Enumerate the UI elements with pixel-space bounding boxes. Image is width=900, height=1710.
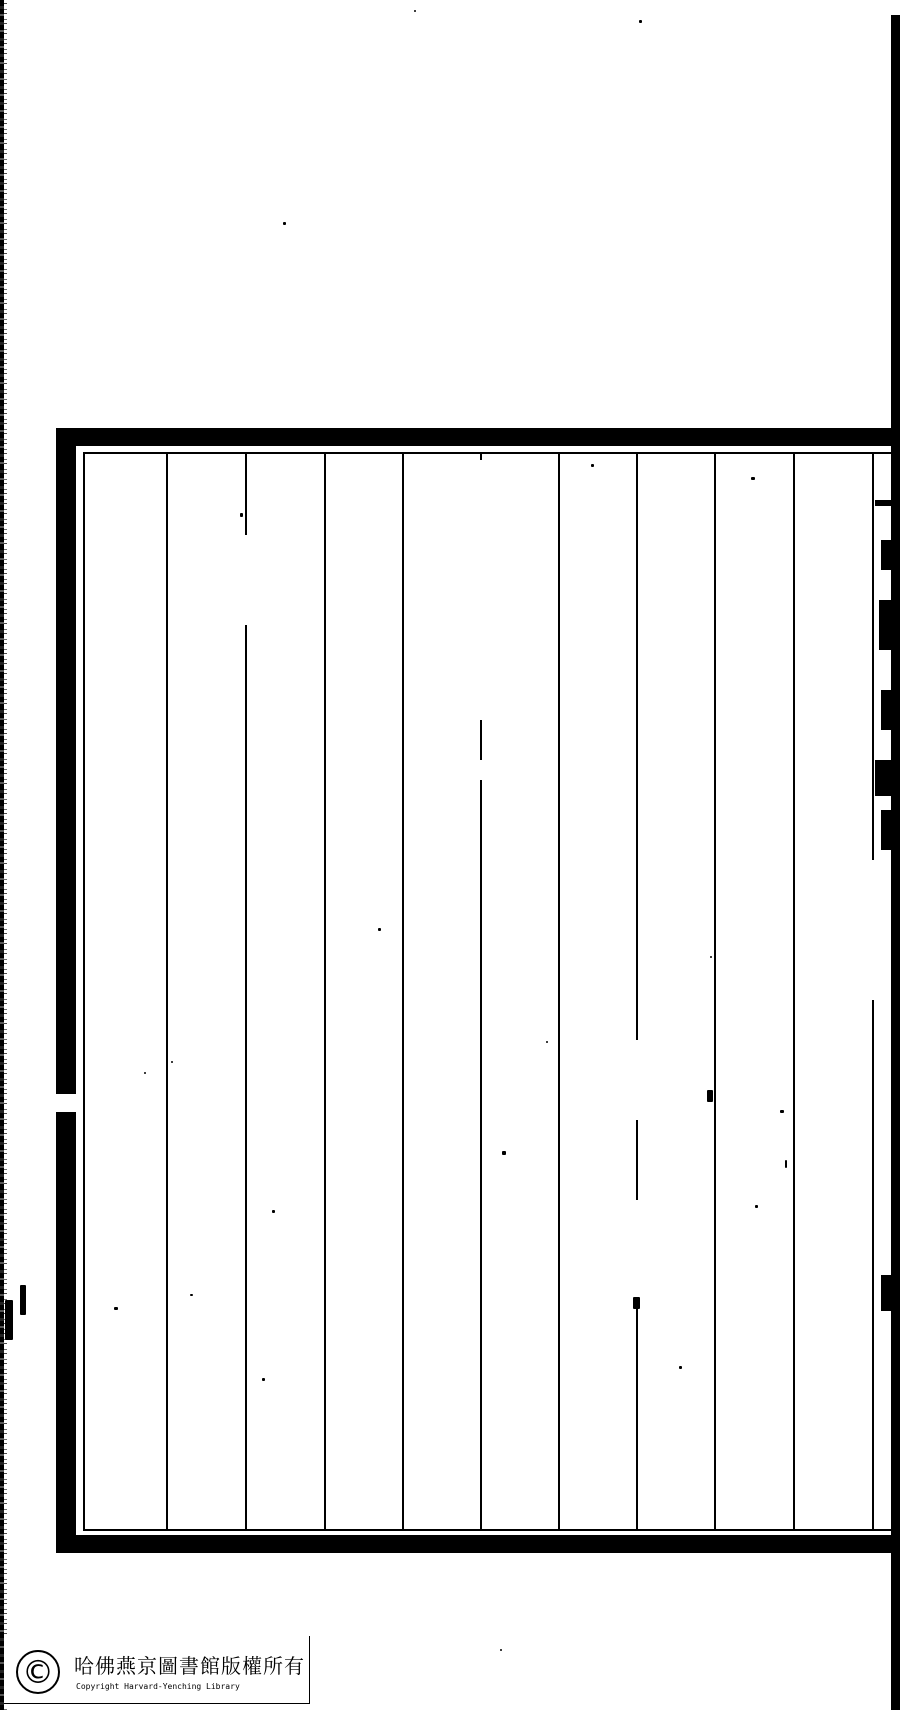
column-rule (402, 453, 404, 1530)
fold-character-fragment (879, 600, 891, 650)
rule-break (636, 1040, 638, 1120)
ink-speck (755, 1205, 758, 1208)
rule-break (245, 535, 247, 625)
page-edge-right (891, 15, 900, 1710)
ink-speck (639, 20, 642, 23)
column-rule (636, 453, 638, 1530)
ink-speck (751, 477, 755, 480)
ink-speck (707, 1090, 713, 1102)
copyright-icon: © (16, 1650, 60, 1694)
rule-break (636, 1200, 638, 1300)
column-rule (324, 453, 326, 1530)
ink-speck (780, 1110, 784, 1113)
column-rule (558, 453, 560, 1530)
copyright-english-text: Copyright Harvard-Yenching Library (76, 1682, 240, 1691)
column-rule (793, 453, 795, 1530)
ink-speck (710, 956, 712, 958)
page-edge-left-texture (4, 0, 7, 1710)
copyright-stamp: © 哈佛燕京圖書館版權所有 Copyright Harvard-Yenching… (4, 1636, 310, 1704)
fold-character-fragment (881, 1275, 891, 1311)
column-rule (714, 453, 716, 1530)
ink-speck (240, 513, 243, 517)
fold-fishtail-mark (875, 760, 891, 796)
ink-speck (502, 1151, 506, 1155)
ink-speck (144, 1072, 146, 1074)
ink-speck (546, 1041, 548, 1043)
ink-speck (5, 1300, 13, 1340)
rule-break (480, 460, 482, 720)
fold-character-fragment (875, 500, 891, 506)
fold-character-fragment (881, 810, 891, 850)
ink-speck (500, 1649, 502, 1651)
ink-speck (272, 1210, 275, 1213)
ink-speck (190, 1294, 193, 1296)
ink-speck (283, 222, 286, 225)
ink-speck (679, 1366, 682, 1369)
ink-speck (414, 10, 416, 12)
fold-character-fragment (881, 690, 891, 730)
ink-speck (633, 1297, 640, 1309)
print-frame-inner-border (83, 452, 891, 1531)
ink-speck (20, 1285, 26, 1315)
rule-break (480, 760, 482, 780)
fold-character-fragment (881, 540, 891, 570)
ink-speck (591, 464, 594, 467)
copyright-chinese-text: 哈佛燕京圖書館版權所有 (74, 1650, 305, 1679)
ink-speck (262, 1378, 265, 1381)
column-rule (166, 453, 168, 1530)
ink-speck (785, 1160, 787, 1168)
ink-speck (114, 1307, 118, 1310)
ink-speck (171, 1061, 173, 1063)
frame-break (52, 1094, 80, 1112)
ink-speck (378, 928, 381, 931)
